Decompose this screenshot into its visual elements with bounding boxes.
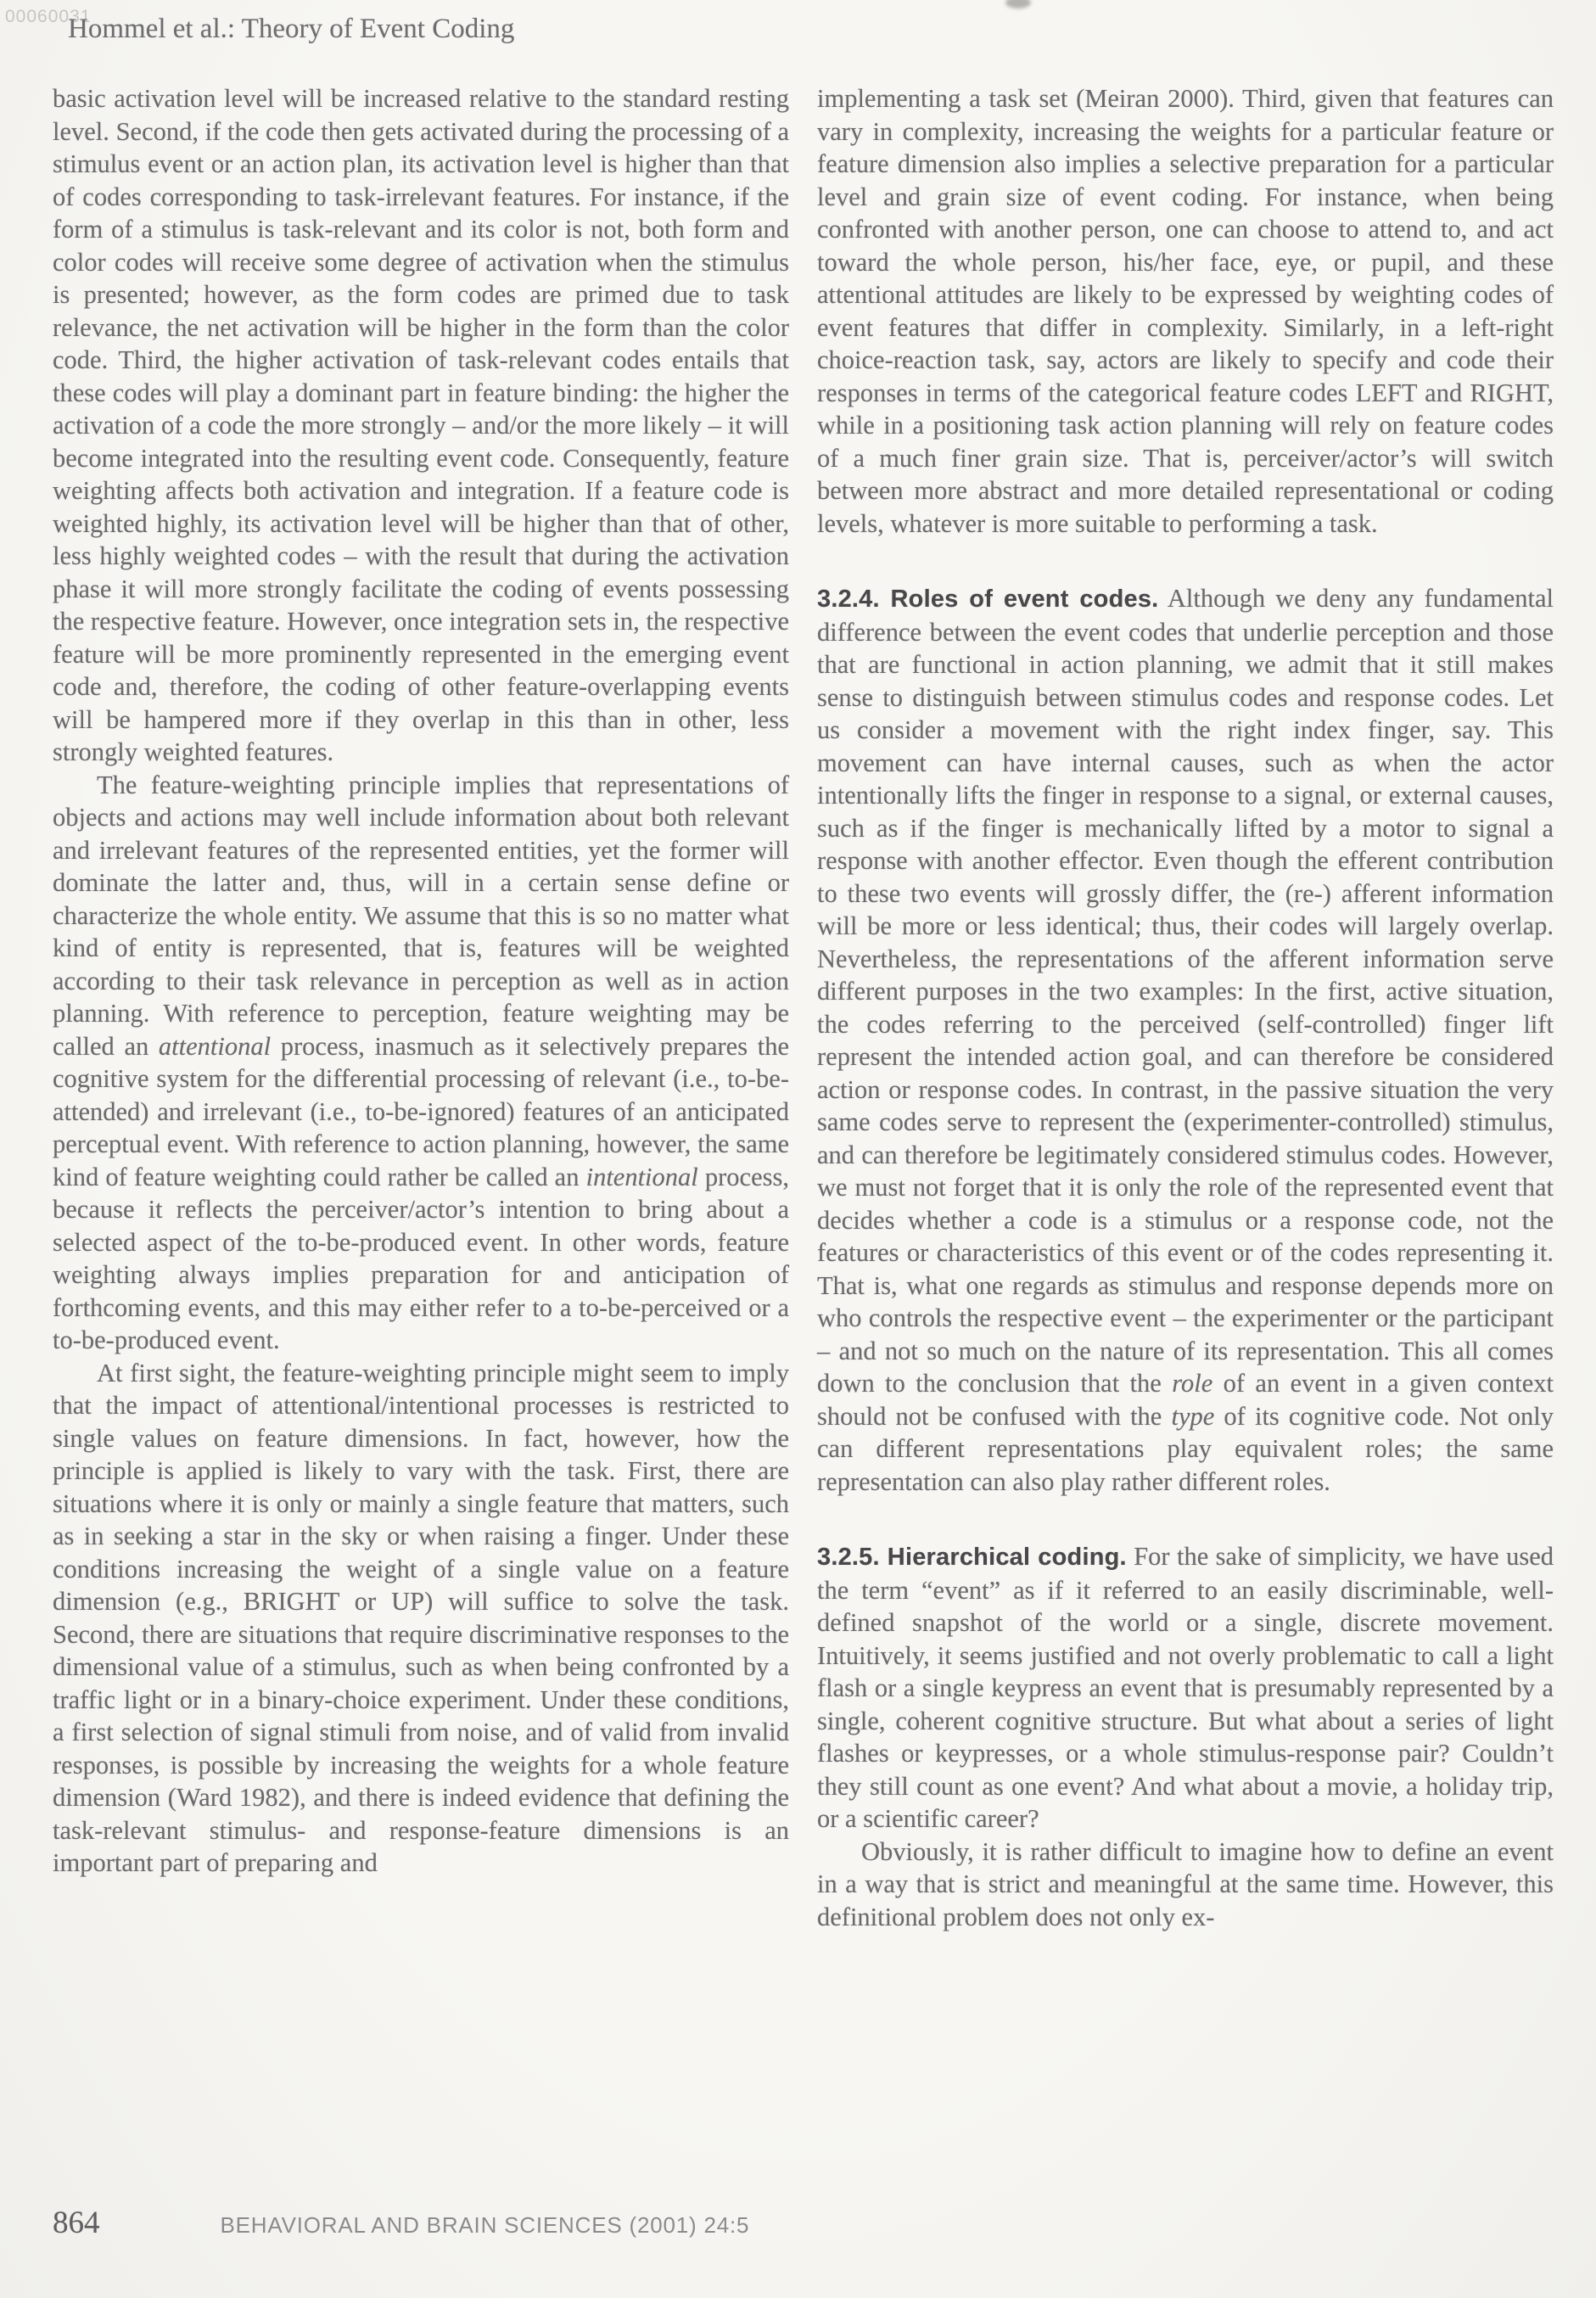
paragraph-text: For the sake of simplicity, we have used… — [817, 1542, 1554, 1833]
paragraph-text: Although we deny any fundamental differe… — [817, 584, 1554, 1398]
running-head: Hommel et al.: Theory of Event Coding — [68, 14, 514, 45]
section-heading: 3.2.4. Roles of event codes. — [817, 586, 1158, 613]
right-column: implementing a task set (Meiran 2000). T… — [817, 82, 1554, 1933]
paragraph: Obviously, it is rather difficult to ima… — [817, 1836, 1554, 1934]
paragraph-text: The feature-weighting principle implies … — [53, 771, 789, 1061]
paragraph-text: basic activation level will be increased… — [53, 84, 789, 766]
italic-term: intentional — [586, 1163, 698, 1191]
scan-smudge — [1005, 0, 1031, 8]
left-column: basic activation level will be increased… — [53, 82, 789, 1880]
paragraph: basic activation level will be increased… — [53, 82, 789, 769]
paragraph-text: implementing a task set (Meiran 2000). T… — [817, 84, 1554, 538]
paragraph: The feature-weighting principle implies … — [53, 769, 789, 1357]
italic-term: attentional — [159, 1032, 271, 1061]
paragraph-text: At first sight, the feature-weighting pr… — [53, 1359, 789, 1878]
scanned-paper-page: 00060031 Hommel et al.: Theory of Event … — [0, 0, 1596, 2298]
journal-line: BEHAVIORAL AND BRAIN SCIENCES (2001) 24:… — [221, 2212, 750, 2238]
italic-term: role — [1172, 1369, 1212, 1398]
page-number: 864 — [53, 2206, 100, 2240]
section-3-2-4: 3.2.4. Roles of event codes. Although we… — [817, 582, 1554, 1498]
paragraph: At first sight, the feature-weighting pr… — [53, 1357, 789, 1880]
paragraph-text: Obviously, it is rather difficult to ima… — [817, 1837, 1554, 1931]
italic-term: type — [1171, 1402, 1214, 1431]
section-3-2-5: 3.2.5. Hierarchical coding. For the sake… — [817, 1540, 1554, 1836]
page-footer: 864BEHAVIORAL AND BRAIN SCIENCES (2001) … — [53, 2205, 1546, 2241]
section-heading: 3.2.5. Hierarchical coding. — [817, 1544, 1127, 1571]
paragraph: implementing a task set (Meiran 2000). T… — [817, 82, 1554, 540]
